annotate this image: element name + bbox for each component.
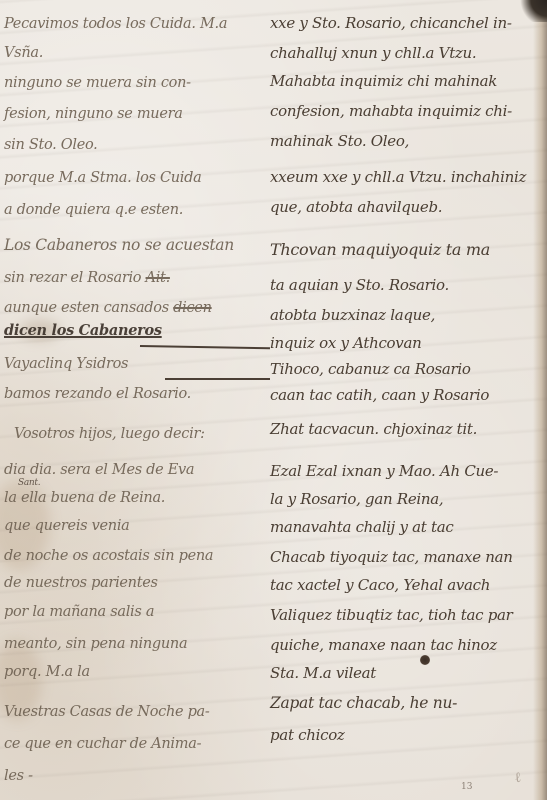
right-line: caan tac catih, caan y Rosario [270, 386, 489, 404]
left-line: Vsña. [4, 45, 43, 61]
left-line: por la mañana salis a [4, 604, 154, 620]
right-line: Mahabta inquimiz chi mahinak [270, 72, 497, 90]
corner-marking: ℓ [513, 770, 523, 788]
right-line: quiche, manaxe naan tac hinoz [270, 636, 497, 654]
left-line: Vosotros hijos, luego decir: [14, 426, 205, 442]
left-line: de noche os acostais sin pena [4, 548, 213, 564]
right-line: Chacab tiyoquiz tac, manaxe nan [270, 548, 513, 566]
connecting-rule [165, 378, 270, 380]
right-line: Sta. M.a vileat [270, 664, 376, 682]
left-line: bamos rezando el Rosario. [4, 386, 191, 402]
connecting-rule [140, 345, 270, 349]
right-line: mahinak Sto. Oleo, [270, 132, 409, 150]
page-corner-dark [519, 0, 547, 22]
left-line: meanto, sin pena ninguna [4, 636, 187, 652]
right-line: Zhat tacvacun. chjoxinaz tit. [270, 420, 477, 438]
left-line: la ella buena de Reina. [4, 490, 165, 506]
left-line: porq. M.a la [4, 664, 90, 680]
right-line-text: Tihoco, cabanuz ca Rosario [270, 360, 471, 378]
ink-blot [420, 655, 430, 665]
left-line: Vayaclinq Ysidros [4, 356, 128, 372]
left-line-underlined: dicen los Cabaneros [4, 322, 162, 339]
manuscript-page: Pecavimos todos los Cuida. M.a Vsña. nin… [0, 0, 547, 800]
left-line: Los Cabaneros no se acuestan [4, 236, 234, 254]
right-line: atobta buzxinaz laque, [270, 306, 435, 324]
left-line: a donde quiera q.e esten. [4, 202, 183, 218]
left-line-text: aunque esten cansados [4, 300, 169, 316]
left-line: sin rezar el Rosario Ait. [4, 270, 170, 286]
right-line: manavahta chalij y at tac [270, 518, 453, 536]
left-line: ce que en cuchar de Anima- [4, 736, 201, 752]
left-line: Vuestras Casas de Noche pa- [4, 704, 210, 720]
left-line: dia dia. sera el Mes de Eva [4, 462, 194, 478]
right-line: Thcovan maquiyoquiz ta ma [270, 240, 490, 259]
right-line: Ezal Ezal ixnan y Mao. Ah Cue- [270, 462, 498, 480]
right-line: que, atobta ahavilqueb. [270, 198, 442, 216]
left-line: que quereis venia [4, 518, 130, 534]
right-line: xxe y Sto. Rosario, chicanchel in- [270, 14, 512, 32]
right-line: confesion, mahabta inquimiz chi- [270, 102, 512, 120]
left-line: les - [4, 768, 33, 784]
left-line: de nuestros parientes [4, 575, 158, 591]
right-line: tac xactel y Caco, Yehal avach [270, 576, 490, 594]
left-line-text: sin rezar el Rosario [4, 270, 141, 286]
left-line: fesion, ninguno se muera [4, 106, 183, 122]
left-line: ninguno se muera sin con- [4, 75, 191, 91]
left-line: porque M.a Stma. los Cuida [4, 170, 201, 186]
folio-number: 13 [461, 782, 472, 792]
right-line: la y Rosario, gan Reina, [270, 490, 443, 508]
right-line: Valiquez tibuqtiz tac, tioh tac par [270, 606, 513, 624]
struck-word: Ait. [146, 270, 170, 286]
right-line: ta aquian y Sto. Rosario. [270, 276, 449, 294]
left-line: sin Sto. Oleo. [4, 137, 97, 153]
struck-word: dicen [173, 300, 211, 316]
interlinear-note: Sant. [18, 478, 40, 488]
right-line: xxeum xxe y chll.a Vtzu. inchahiniz [270, 168, 526, 186]
right-line: chahalluj xnun y chll.a Vtzu. [270, 44, 476, 62]
right-line: Tihoco, cabanuz ca Rosario [270, 360, 471, 378]
left-line: Pecavimos todos los Cuida. M.a [4, 16, 227, 32]
right-line: pat chicoz [270, 726, 345, 744]
page-edge-shadow [533, 0, 547, 800]
right-line: Zapat tac chacab, he nu- [270, 694, 457, 712]
right-line: inquiz ox y Athcovan [270, 334, 421, 352]
left-line: aunque esten cansados dicen [4, 300, 212, 316]
